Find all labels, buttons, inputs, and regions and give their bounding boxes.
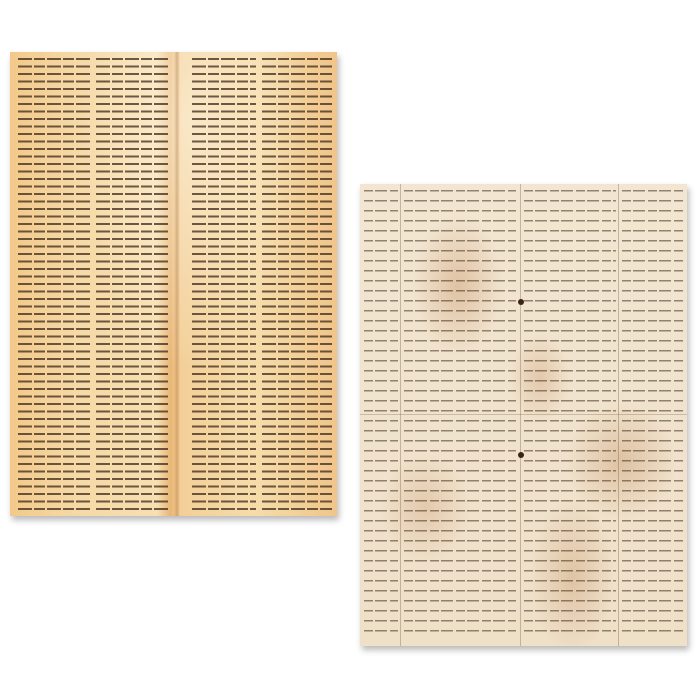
paper-fold (174, 52, 180, 516)
print-column-1 (18, 58, 90, 510)
sheet-description: Aged cream handwritten letter collage te… (360, 184, 361, 185)
newspaper-texture-sheet: Aged yellowed newspaper print texture wi… (10, 52, 337, 516)
script-column-2 (404, 190, 516, 640)
print-column-3 (192, 58, 256, 510)
handwritten-letter-texture-sheet: Aged cream handwritten letter collage te… (360, 184, 687, 646)
sheet-description: Aged yellowed newspaper print texture wi… (10, 52, 11, 53)
page-seam (520, 184, 521, 646)
ink-blot (518, 452, 524, 458)
page-seam (400, 184, 401, 646)
script-column-3 (524, 190, 616, 640)
script-column-1 (364, 190, 398, 640)
print-column-4 (262, 58, 332, 510)
print-column-2 (96, 58, 168, 510)
page-seam (618, 184, 619, 646)
script-column-4 (622, 190, 684, 640)
ink-blot (518, 299, 524, 305)
